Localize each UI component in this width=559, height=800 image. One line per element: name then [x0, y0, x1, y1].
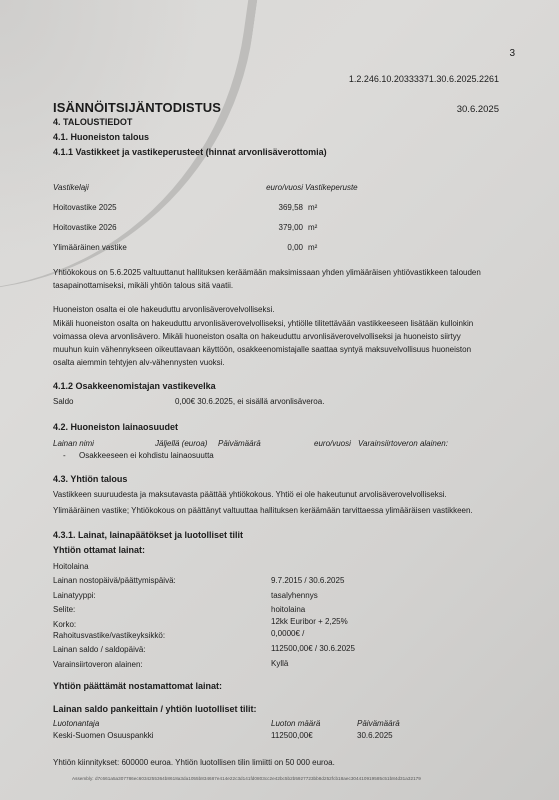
paragraph-vat-status: Huoneiston osalta ei ole hakeuduttu arvo… — [53, 305, 274, 314]
paragraph-vat-line4: osalta aiemmin tehtyjen alv-vähennysten … — [53, 358, 225, 367]
bank-row-date: 30.6.2025 — [357, 731, 393, 740]
loan-detail-label: Selite: — [53, 605, 75, 614]
fee-row-basis: m² — [308, 243, 317, 252]
fee-row-amount: 379,00 — [279, 223, 303, 232]
loan-detail-value: tasalyhennys — [271, 591, 318, 600]
paragraph-vat-line2: voimassa oleva arvonlisävero. Mikäli huo… — [53, 332, 461, 341]
bank-header-date: Päivämäärä — [357, 719, 400, 728]
page-shadow — [0, 0, 200, 260]
saldo-label: Saldo — [53, 397, 73, 406]
list-bullet: - — [63, 451, 66, 460]
fee-row-basis: m² — [308, 223, 317, 232]
section-heading-loans: 4.3.1. Lainat, lainapäätökset ja luotoll… — [53, 530, 243, 540]
fee-header-basis: Vastikeperuste — [305, 183, 358, 192]
loan-share-header-transfer-tax: Varainsiirtoveron alainen: — [358, 439, 448, 448]
mortgages-line: Yhtiön kiinnitykset: 600000 euroa. Yhtiö… — [53, 758, 335, 767]
section-heading-company-finance: 4.3. Yhtiön talous — [53, 474, 127, 484]
paragraph-extra-fee-line2: tasapainottamiseksi, mikäli yhtiön talou… — [53, 281, 233, 290]
bank-row-amount: 112500,00€ — [271, 731, 313, 740]
document-title: ISÄNNÖITSIJÄNTODISTUS — [53, 100, 221, 115]
saldo-value: 0,00€ 30.6.2025, ei sisällä arvonlisäver… — [175, 397, 324, 406]
loan-share-header-remaining: Jäljellä (euroa) — [155, 439, 207, 448]
company-finance-line1: Vastikkeen suuruudesta ja maksutavasta p… — [53, 490, 447, 499]
loan-detail-value: 112500,00€ / 30.6.2025 — [271, 644, 355, 653]
paragraph-extra-fee-line1: Yhtiökokous on 5.6.2025 valtuuttanut hal… — [53, 268, 481, 277]
loan-detail-value: 0,0000€ / — [271, 629, 304, 638]
fee-row-basis: m² — [308, 203, 317, 212]
loan-detail-label: Lainatyyppi: — [53, 591, 96, 600]
loan-share-header-name: Lainan nimi — [53, 439, 94, 448]
bank-header-lender: Luotonantaja — [53, 719, 99, 728]
loan-share-note: Osakkeeseen ei kohdistu lainaosuutta — [79, 451, 214, 460]
fee-row-type: Ylimääräinen vastike — [53, 243, 127, 252]
fee-row-amount: 369,58 — [279, 203, 303, 212]
loan-name: Hoitolaina — [53, 562, 89, 571]
document-id: 1.2.246.10.20333371.30.6.2025.2261 — [349, 74, 499, 84]
company-loans-heading: Yhtiön ottamat lainat: — [53, 545, 145, 555]
bank-header-amount: Luoton määrä — [271, 719, 320, 728]
loan-detail-label: Korko: — [53, 620, 76, 629]
bank-balances-heading: Lainan saldo pankeittain / yhtiön luotol… — [53, 704, 257, 714]
bank-row-lender: Keski-Suomen Osuuspankki — [53, 731, 154, 740]
paragraph-vat-line1: Mikäli huoneiston osalta on hakeuduttu a… — [53, 319, 473, 328]
loan-detail-value: hoitolaina — [271, 605, 305, 614]
document-date: 30.6.2025 — [457, 104, 499, 115]
company-finance-line2: Ylimääräinen vastike; Yhtiökokous on pää… — [53, 506, 473, 515]
section-heading-financial: 4. TALOUSTIEDOT — [53, 117, 132, 127]
loan-detail-label: Lainan nostopäivä/päättymispäivä: — [53, 576, 176, 585]
fee-row-type: Hoitovastike 2026 — [53, 223, 117, 232]
loan-detail-value: Kyllä — [271, 659, 288, 668]
paragraph-vat-line3: muuhun kuin vähennykseen oikeuttavaan kä… — [53, 345, 471, 354]
loan-detail-value: 12kk Euribor + 2,25% — [271, 617, 348, 626]
undrawn-loans-heading: Yhtiön päättämät nostamattomat lainat: — [53, 681, 222, 691]
section-heading-loan-shares: 4.2. Huoneiston lainaosuudet — [53, 422, 178, 432]
footer-hash: Assembly: d7c661a5a307786ec6034255364b86… — [72, 776, 421, 781]
loan-detail-label: Varainsiirtoveron alainen: — [53, 660, 143, 669]
section-heading-apartment-finance: 4.1. Huoneiston talous — [53, 132, 149, 142]
fee-row-type: Hoitovastike 2025 — [53, 203, 117, 212]
loan-detail-label: Rahoitusvastike/vastikeyksikkö: — [53, 631, 165, 640]
page-curl-edge — [0, 0, 264, 329]
fee-row-amount: 0,00 — [287, 243, 303, 252]
section-heading-owner-debt: 4.1.2 Osakkeenomistajan vastikevelka — [53, 381, 216, 391]
fee-header-amount: euro/vuosi — [266, 183, 303, 192]
fee-header-type: Vastikelaji — [53, 183, 89, 192]
page-number: 3 — [509, 48, 515, 59]
loan-detail-value: 9.7.2015 / 30.6.2025 — [271, 576, 344, 585]
loan-share-header-date: Päivämäärä — [218, 439, 261, 448]
loan-share-header-per-year: euro/vuosi — [314, 439, 351, 448]
section-heading-fees: 4.1.1 Vastikkeet ja vastikeperusteet (hi… — [53, 147, 327, 157]
loan-detail-label: Lainan saldo / saldopäivä: — [53, 645, 146, 654]
